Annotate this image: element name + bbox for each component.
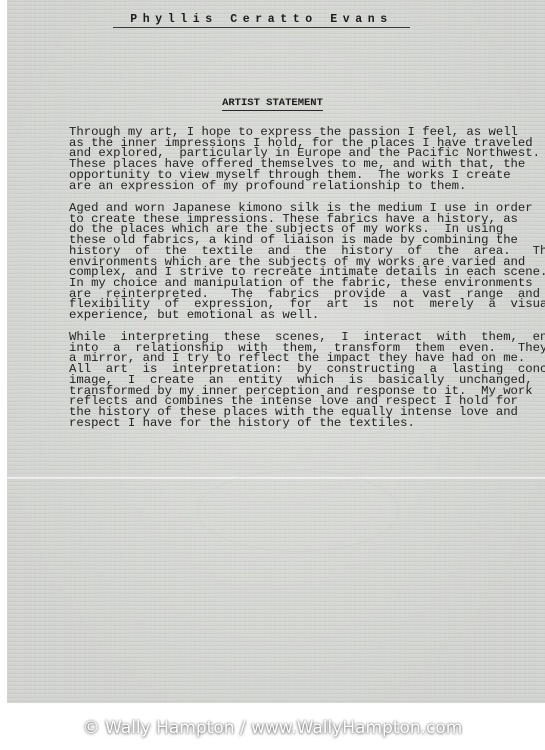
author-header: Phyllis Ceratto Evans bbox=[113, 14, 410, 26]
text-line: experience, but emotional as well. bbox=[69, 310, 489, 321]
text-line: are an expression of my profound relatio… bbox=[69, 181, 489, 192]
header-underline bbox=[113, 27, 410, 28]
embossed-seal-watermark bbox=[197, 470, 399, 552]
copyright-watermark: © Wally Hampton / www.WallyHampton.com bbox=[0, 718, 545, 738]
paragraph-2: Aged and worn Japanese kimono silk is th… bbox=[69, 203, 489, 321]
text-line: respect I have for the history of the te… bbox=[69, 418, 489, 429]
document-title: ARTIST STATEMENT bbox=[0, 97, 545, 109]
document-title-text: ARTIST STATEMENT bbox=[222, 97, 323, 111]
paragraph-3: While interpreting these scenes, I inter… bbox=[69, 332, 489, 428]
paragraph-1: Through my art, I hope to express the pa… bbox=[69, 127, 489, 191]
